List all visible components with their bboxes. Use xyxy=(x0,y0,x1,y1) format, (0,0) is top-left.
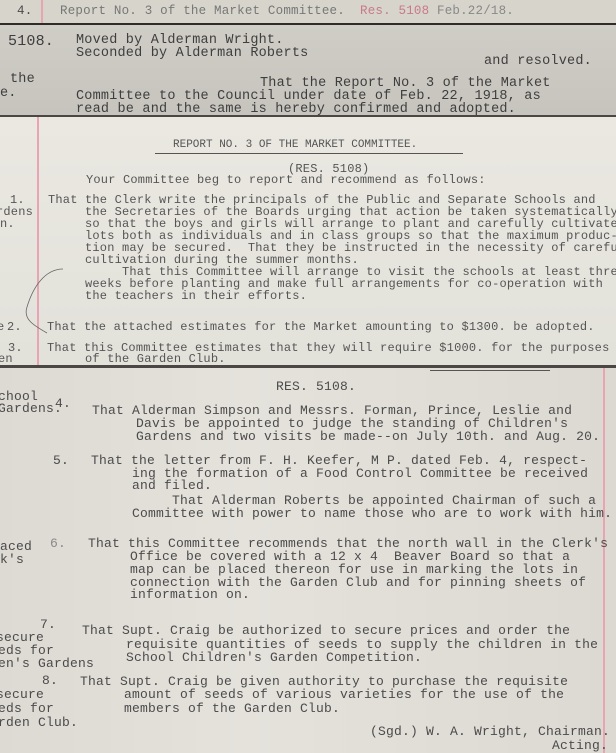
seconded-by: Seconded by Alderman Roberts xyxy=(76,47,308,61)
resolved-label: and resolved. xyxy=(484,55,592,69)
resolution-number: 5108. xyxy=(8,34,54,49)
item-line: That Supt. Craig be authorized to secure… xyxy=(82,624,570,637)
margin-note: e xyxy=(0,321,4,333)
item-number: 2. xyxy=(7,321,22,333)
margin-note: en's Gardens xyxy=(0,657,94,670)
resolution-reference: Res. 5108 xyxy=(360,5,429,18)
agenda-item-number: 4. xyxy=(17,5,32,18)
margin-rule xyxy=(603,368,605,753)
margin-note: en xyxy=(0,353,13,365)
item-line: information on. xyxy=(130,588,250,601)
agenda-item-title: Report No. 3 of the Market Committee. xyxy=(60,5,345,18)
item-number: 4. xyxy=(55,397,71,410)
margin-note: eds for xyxy=(0,702,54,715)
item-line: the teachers in their efforts. xyxy=(85,290,307,302)
resolution-strip: 5108. Moved by Alderman Wright. Seconded… xyxy=(0,25,616,115)
margin-note: Gardens. xyxy=(0,402,62,415)
item-number: 6. xyxy=(50,537,66,550)
item-number: 8. xyxy=(42,674,58,687)
item-line: School Children's Garden Competition. xyxy=(126,651,422,664)
heading-underline xyxy=(155,153,463,154)
signature-note: Acting. xyxy=(552,739,608,752)
agenda-date: Feb.22/18. xyxy=(437,5,514,18)
item-line: Gardens and two visits be made--on July … xyxy=(136,430,600,443)
signature: (Sgd.) W. A. Wright, Chairman. xyxy=(370,725,610,738)
item-line: amount of seeds of various varieties for… xyxy=(124,688,564,701)
item-line: members of the Garden Club. xyxy=(124,702,340,715)
report-intro: Your Committee beg to report and recomme… xyxy=(86,174,486,186)
margin-note: the xyxy=(10,73,35,87)
agenda-header-strip: 4. Report No. 3 of the Market Committee.… xyxy=(0,0,616,25)
margin-rule xyxy=(41,0,43,23)
margin-note: n. xyxy=(0,218,15,230)
item-line: That the attached estimates for the Mark… xyxy=(47,321,595,333)
item-line: Committee with power to name those who a… xyxy=(132,507,612,520)
resolution-body-line: read be and the same is hereby confirmed… xyxy=(76,103,516,115)
report-page-1: REPORT NO. 3 OF THE MARKET COMMITTEE. (R… xyxy=(0,117,616,365)
report-page-2: RES. 5108. chool Gardens. 4. That Alderm… xyxy=(0,368,616,753)
margin-note: e. xyxy=(0,87,17,101)
margin-note: secure xyxy=(0,688,44,701)
item-line: of the Garden Club. xyxy=(85,353,226,365)
item-line: and filed. xyxy=(132,479,212,492)
page-rule xyxy=(430,370,550,371)
margin-note: k's xyxy=(0,553,24,566)
res-reference: RES. 5108. xyxy=(276,380,356,393)
margin-note: rden Club. xyxy=(0,716,78,729)
item-number: 5. xyxy=(53,454,69,467)
report-heading: REPORT NO. 3 OF THE MARKET COMMITTEE. xyxy=(173,140,417,151)
